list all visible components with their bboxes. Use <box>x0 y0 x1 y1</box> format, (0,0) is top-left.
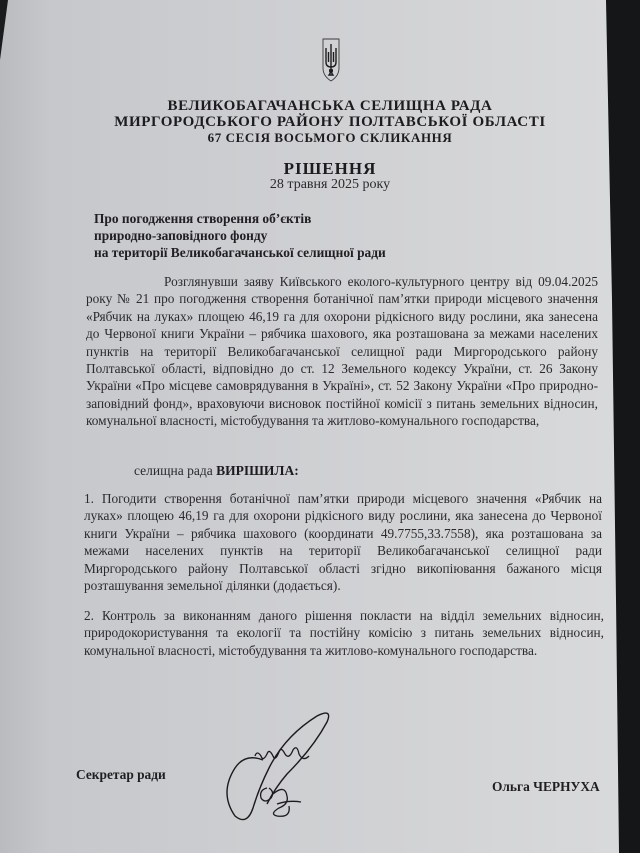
document-subject: Про погодження створення об’єктів природ… <box>94 210 386 261</box>
resolution-heading: селищна рада ВИРІШИЛА: <box>134 463 299 479</box>
resolution-keyword: ВИРІШИЛА: <box>216 463 299 478</box>
district-name: МИРГОРОДСЬКОГО РАЙОНУ ПОЛТАВСЬКОЇ ОБЛАСТ… <box>100 114 560 131</box>
document-title: РІШЕННЯ <box>100 159 560 179</box>
handwritten-signature <box>205 708 365 826</box>
council-name: ВЕЛИКОБАГАЧАНСЬКА СЕЛИЩНА РАДА <box>100 98 560 115</box>
document-date: 28 травня 2025 року <box>100 177 560 193</box>
preamble-paragraph: Розглянувши заяву Київського еколого-кул… <box>86 273 598 430</box>
session-name: 67 СЕСІЯ ВОСЬМОГО СКЛИКАННЯ <box>100 130 560 146</box>
subject-line-2: природно-заповідного фонду <box>94 227 386 244</box>
subject-line-1: Про погодження створення об’єктів <box>94 210 386 227</box>
signatory-role: Секретар ради <box>76 767 166 783</box>
resolution-item-2: 2. Контроль за виконанням даного рішення… <box>84 607 604 659</box>
subject-line-3: на території Великобагачанської селищної… <box>94 244 386 261</box>
signatory-name: Ольга ЧЕРНУХА <box>492 779 600 795</box>
resolution-item-1: 1. Погодити створення ботанічної пам’ятк… <box>84 490 602 594</box>
coat-of-arms-icon <box>322 38 340 82</box>
resolution-prefix: селищна рада <box>134 463 216 478</box>
